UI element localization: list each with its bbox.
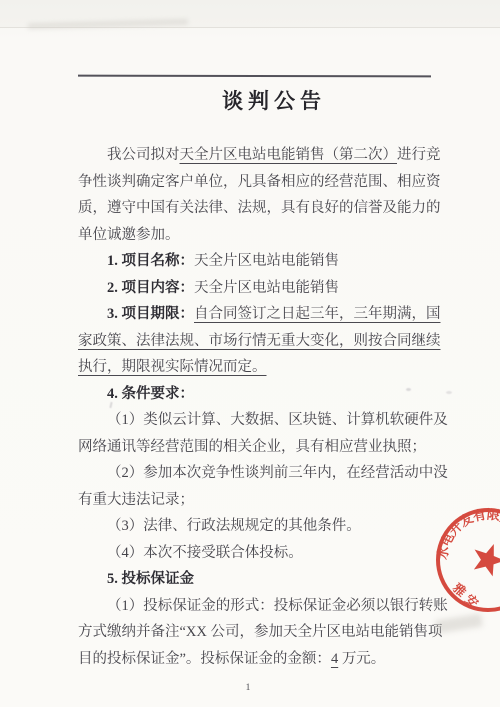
scan-speck (446, 391, 452, 394)
text-run-plain: 方式缴纳并备注“XX 公司，参加天全片区电站电能销售项 (78, 624, 443, 640)
text-line: 2. 项目内容：天全片区电站电能销售 (78, 275, 450, 302)
scan-speck (406, 388, 411, 391)
text-line: 目的投标保证金”。投标保证金的金额：4 万元。 (78, 646, 450, 673)
text-line: 单位诚邀参加。 (78, 222, 450, 249)
text-run-plain: （2）参加本次竞争性谈判前三年内，在经营活动中没 (107, 465, 448, 481)
text-line: 方式缴纳并备注“XX 公司，参加天全片区电站电能销售项 (78, 619, 450, 646)
text-run-bold: 5. 投标保证金 (107, 571, 194, 587)
text-run-plain: 万元。 (338, 651, 385, 667)
text-run-plain: 进行竞 (397, 147, 441, 163)
text-run-bold: 2. 项目内容： (107, 280, 194, 296)
text-run-plain: 单位诚邀参加。 (78, 227, 180, 243)
text-line: 1. 项目名称：天全片区电站电能销售 (78, 248, 450, 275)
scanned-document-page: 谈判公告 我公司拟对天全片区电站电能销售（第二次）进行竞争性谈判确定客户单位，凡… (0, 0, 500, 707)
text-run-underline: 自合同签订之日起三年，三年期满，国 (194, 306, 441, 322)
text-run-plain: 质，遵守中国有关法律、法规，具有良好的信誉及能力的 (78, 200, 441, 216)
text-run-bold: 4. 条件要求： (107, 386, 194, 402)
text-line: （4）本次不接受联合体投标。 (78, 540, 450, 567)
text-line: 3. 项目期限：自合同签订之日起三年，三年期满，国 (78, 301, 450, 328)
text-line: 质，遵守中国有关法律、法规，具有良好的信誉及能力的 (78, 195, 450, 222)
text-line: 网络通讯等经营范围的相关企业，具有相应营业执照； (78, 434, 450, 461)
text-run-underline: 天全片区电站电能销售（第二次） (180, 147, 398, 163)
text-line: 家政策、法律法规、市场行情无重大变化，则按合同继续 (78, 328, 450, 355)
text-line: 5. 投标保证金 (78, 566, 450, 593)
text-run-plain: 目的投标保证金”。投标保证金的金额： (78, 651, 331, 667)
document-body: 我公司拟对天全片区电站电能销售（第二次）进行竞争性谈判确定客户单位，凡具备相应的… (78, 142, 450, 672)
text-run-plain: （1）类似云计算、大数据、区块链、计算机软硬件及 (107, 412, 448, 428)
text-run-plain: 天全片区电站电能销售 (194, 280, 339, 296)
text-line: （2）参加本次竞争性谈判前三年内，在经营活动中没 (78, 460, 450, 487)
text-run-plain: 天全片区电站电能销售 (194, 253, 339, 269)
text-line: 执行，期限视实际情况而定。 (78, 354, 450, 381)
seal-star-icon (468, 538, 500, 578)
text-line: 争性谈判确定客户单位，凡具备相应的经营范围、相应资 (78, 169, 450, 196)
text-line: 我公司拟对天全片区电站电能销售（第二次）进行竞 (78, 142, 450, 169)
title-divider-line (78, 75, 431, 78)
text-run-bold: 1. 项目名称： (107, 253, 194, 269)
text-run-plain: 争性谈判确定客户单位，凡具备相应的经营范围、相应资 (78, 174, 441, 190)
text-line: （3）法律、行政法规规定的其他条件。 (78, 513, 450, 540)
page-number: 1 (0, 683, 498, 694)
text-run-underline: 家政策、法律法规、市场行情无重大变化，则按合同继续 (78, 333, 441, 349)
text-line: （1）类似云计算、大数据、区块链、计算机软硬件及 (78, 407, 450, 434)
text-line: 有重大违法记录； (78, 487, 450, 514)
text-run-underline: 执行，期限视实际情况而定。 (78, 359, 267, 375)
page-title: 谈判公告 (24, 89, 500, 113)
text-run-plain: （4）本次不接受联合体投标。 (107, 545, 303, 561)
text-line: （1）投标保证金的形式：投标保证金必须以银行转账 (78, 593, 450, 620)
text-run-plain: 我公司拟对 (107, 147, 180, 163)
text-run-plain: （1）投标保证金的形式：投标保证金必须以银行转账 (107, 598, 448, 614)
text-run-plain: 网络通讯等经营范围的相关企业，具有相应营业执照； (78, 439, 426, 455)
text-line: 4. 条件要求： (78, 381, 450, 408)
text-run-plain: （3）法律、行政法规规定的其他条件。 (107, 518, 361, 534)
text-run-bold: 3. 项目期限： (107, 306, 194, 322)
text-run-plain: 有重大违法记录； (78, 492, 194, 508)
